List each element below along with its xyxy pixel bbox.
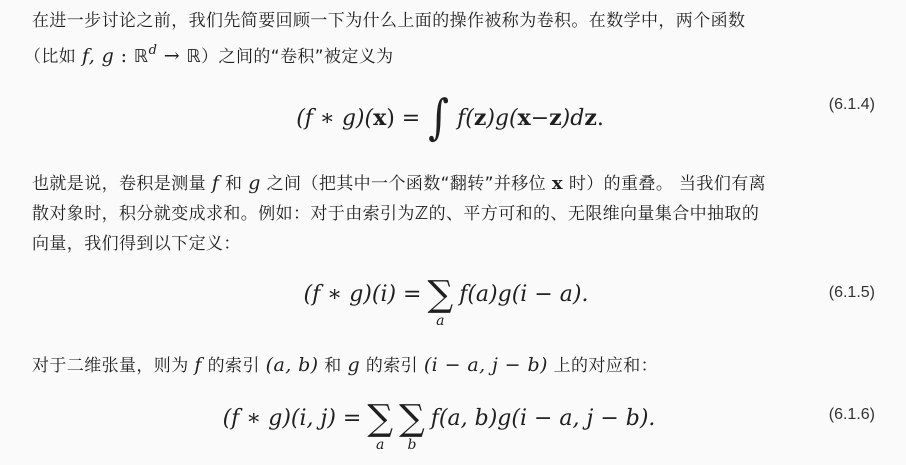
intro-line-2: （比如 f, g : ℝd → ℝ）之间的“卷积”被定义为 xyxy=(24,36,882,72)
meaning-line-2: 散对象时，积分就变成求和。例如：对于由索引为ℤ的、平方可和的、无限维向量集合中抽… xyxy=(32,199,882,229)
sum-symbol-b: ∑ b xyxy=(399,402,425,454)
math-integers: ℤ xyxy=(415,203,429,224)
intro-line-1: 在进一步讨论之前，我们先简要回顾一下为什么上面的操作被称为卷积。在数学中，两个函… xyxy=(32,6,882,36)
math-reals: ℝ xyxy=(134,46,149,67)
equation-number-6-1-5: (6.1.5) xyxy=(829,284,875,302)
paragraph-intro: 在进一步讨论之前，我们先简要回顾一下为什么上面的操作被称为卷积。在数学中，两个函… xyxy=(32,6,882,72)
equation-6-1-6: (f ∗ g)(i, j) = ∑ a ∑ b f(a, b)g(i − a, … xyxy=(0,396,906,456)
equation-number-6-1-6: (6.1.6) xyxy=(829,406,875,424)
paragraph-convolution-meaning: 也就是说，卷积是测量 f 和 g 之间（把其中一个函数“翻转”并移位 x 时）的… xyxy=(32,168,882,259)
meaning-line-1: 也就是说，卷积是测量 f 和 g 之间（把其中一个函数“翻转”并移位 x 时）的… xyxy=(32,168,882,199)
equation-6-1-5: (f ∗ g)(i) = ∑ a f(a)g(i − a). xyxy=(0,272,906,328)
math-f-g: f, g xyxy=(82,45,114,67)
equation-number-6-1-4: (6.1.4) xyxy=(829,96,875,114)
integral-symbol: ∫ xyxy=(428,90,449,145)
arrow-symbol: → xyxy=(157,45,186,67)
equation-6-1-4: (f ∗ g)(x) = ∫ f(z)g(x − z)dz. xyxy=(0,88,906,148)
paragraph-2d-tensor: 对于二维张量，则为 f 的索引 (a, b) 和 g 的索引 (i − a, j… xyxy=(32,350,882,381)
meaning-line-3: 向量，我们得到以下定义： xyxy=(32,229,882,259)
sum-symbol: ∑ a xyxy=(428,278,454,330)
sum-symbol-a: ∑ a xyxy=(367,402,393,454)
